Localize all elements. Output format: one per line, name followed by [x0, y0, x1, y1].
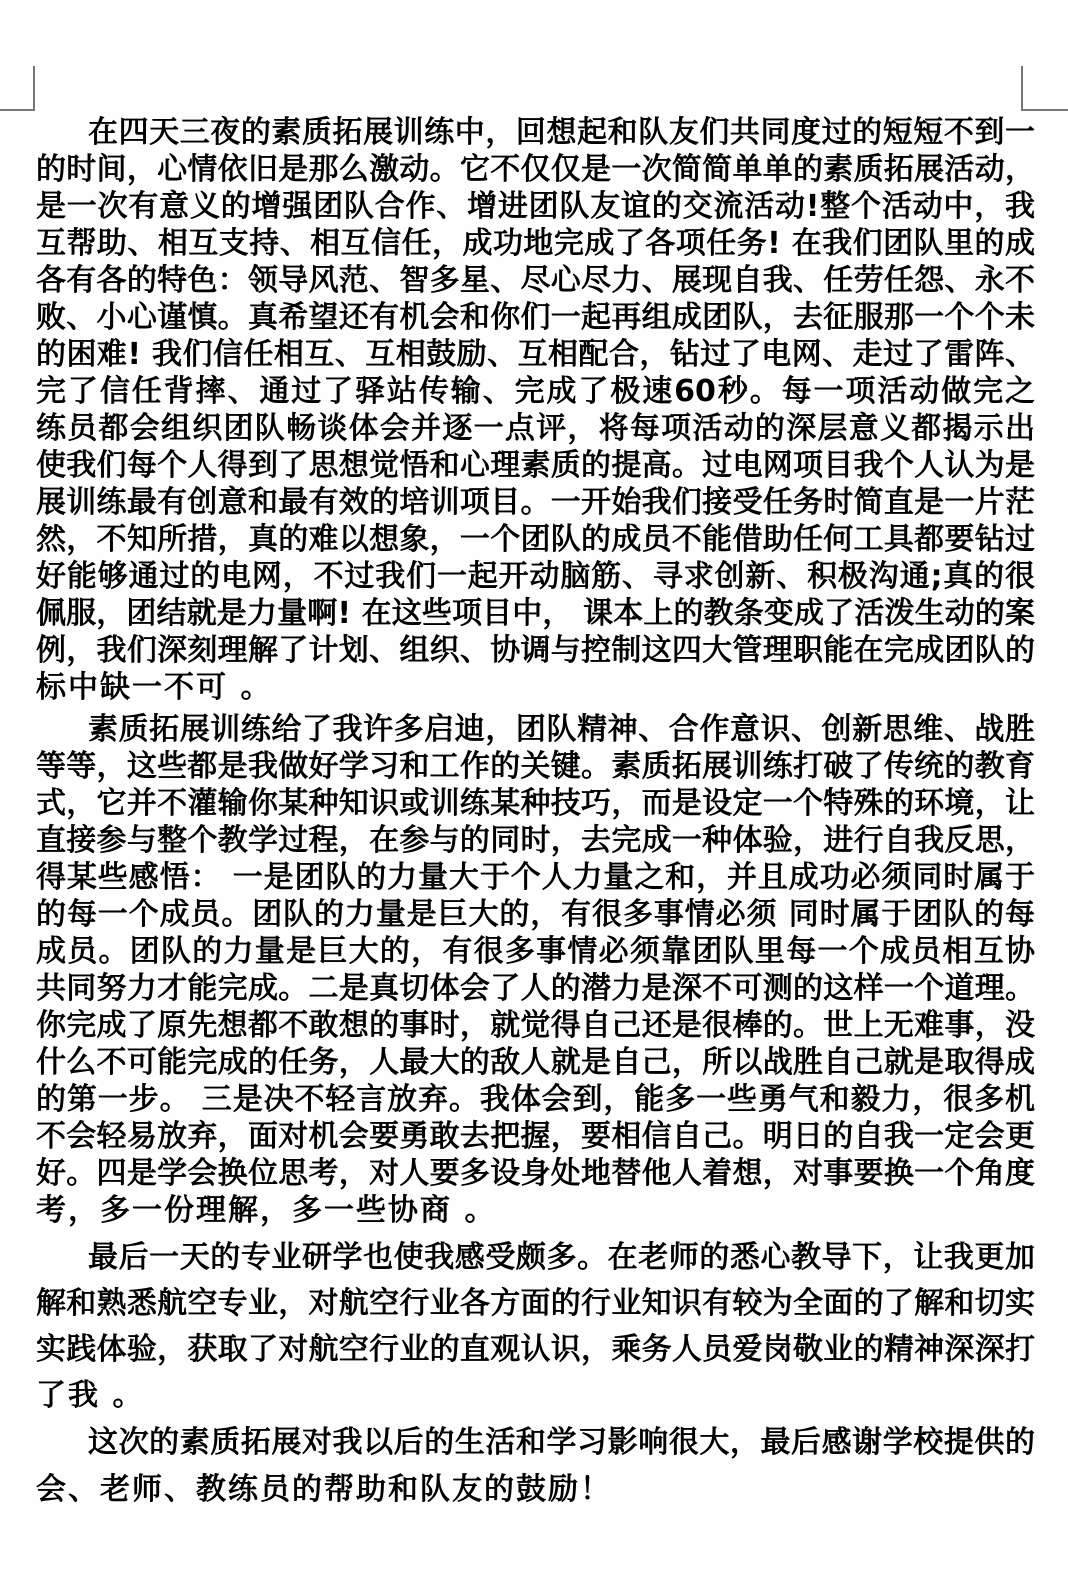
text-line: 佩服，团结就是力量啊! 在这些项目中， 课本上的教条变成了活泼生动的案: [36, 595, 1035, 632]
text-line: 的困难! 我们信任相互、互相鼓励、互相配合，钻过了电网、走过了雷阵、做: [36, 336, 1035, 373]
text-line: 完了信任背摔、通过了驿站传输、完成了极速60秒。每一项活动做完之后，教: [36, 373, 1035, 410]
text-line: 等等，这些都是我做好学习和工作的关键。素质拓展训练打破了传统的教育模: [36, 748, 1035, 785]
text-line: 在四天三夜的素质拓展训练中，回想起和队友们共同度过的短短不到一周: [36, 114, 1035, 151]
text-line: 会、老师、教练员的帮助和队友的鼓励！: [36, 1466, 1035, 1513]
text-line: 练员都会组织团队畅谈体会并逐一点评，将每项活动的深层意义都揭示出来，: [36, 410, 1035, 447]
text-line: 好。四是学会换位思考，对人要多设身处地替他人着想，对事要换一个角度思: [36, 1155, 1035, 1192]
text-line: 实践体验，获取了对航空行业的直观认识，乘务人员爱岗敬业的精神深深打动: [36, 1327, 1035, 1373]
text-line: 败、小心谨慎。真希望还有机会和你们一起再组成团队，去征服那一个个未知: [36, 299, 1035, 336]
text-line: 共同努力才能完成。二是真切体会了人的潜力是深不可测的这样一个道理。当: [36, 970, 1035, 1007]
text-line: 式，它并不灌输你某种知识或训练某种技巧，而是设定一个特殊的环境，让你: [36, 785, 1035, 822]
essay-body: 在四天三夜的素质拓展训练中，回想起和队友们共同度过的短短不到一周 的时间，心情依…: [36, 114, 1035, 1513]
text-line: 这次的素质拓展对我以后的生活和学习影响很大，最后感谢学校提供的机: [36, 1419, 1035, 1466]
text-line: 的时间，心情依旧是那么激动。它不仅仅是一次简简单单的素质拓展活动，更: [36, 151, 1035, 188]
text-line: 最后一天的专业研学也使我感受颇多。在老师的悉心教导下，让我更加了: [36, 1235, 1035, 1281]
text-line: 的第一步。 三是决不轻言放弃。我体会到，能多一些勇气和毅力，很多机会就: [36, 1081, 1035, 1118]
text-line: 解和熟悉航空专业，对航空行业各方面的行业知识有较为全面的了解和切实的: [36, 1281, 1035, 1327]
text-line: 成员。团队的力量是巨大的，有很多事情必须靠团队里每一个成员相互协作、: [36, 933, 1035, 970]
text-line: 你完成了原先想都不敢想的事时，就觉得自己还是很棒的。世上无难事，没有: [36, 1007, 1035, 1044]
text-line: 然，不知所措，真的难以想象，一个团队的成员不能借助任何工具都要钻过刚: [36, 521, 1035, 558]
text-line: 了我 。: [36, 1373, 1035, 1419]
text-line: 使我们每个人得到了思想觉悟和心理素质的提高。过电网项目我个人认为是拓: [36, 447, 1035, 484]
text-line: 各有各的特色：领导风范、智多星、尽心尽力、展现自我、任劳任怨、永不言: [36, 262, 1035, 299]
text-line: 标中缺一不可 。: [36, 669, 1035, 706]
text-line: 什么不可能完成的任务，人最大的敌人就是自己，所以战胜自己就是取得成功: [36, 1044, 1035, 1081]
text-line: 好能够通过的电网，不过我们一起开动脑筋、寻求创新、积极沟通;真的很让人: [36, 558, 1035, 595]
text-line: 的每一个成员。团队的力量是巨大的，有很多事情必须 同时属于团队的每一个: [36, 896, 1035, 933]
document-page: 在四天三夜的素质拓展训练中，回想起和队友们共同度过的短短不到一周 的时间，心情依…: [0, 0, 1068, 1571]
text-line: 是一次有意义的增强团队合作、增进团队友谊的交流活动!整个活动中，我们相: [36, 188, 1035, 225]
text-line: 得某些感悟： 一是团队的力量大于个人力量之和，并且成功必须同时属于团队: [36, 859, 1035, 896]
crop-mark-top-left-icon: [0, 66, 35, 111]
crop-mark-top-right-icon: [1021, 66, 1068, 111]
text-line: 考，多一份理解，多一些协商 。: [36, 1192, 1035, 1229]
text-line: 直接参与整个教学过程，在参与的同时，去完成一种体验，进行自我反思，获: [36, 822, 1035, 859]
text-line: 例，我们深刻理解了计划、组织、协调与控制这四大管理职能在完成团队的目: [36, 632, 1035, 669]
text-line: 展训练最有创意和最有效的培训项目。一开始我们接受任务时简直是一片茫: [36, 484, 1035, 521]
text-line: 素质拓展训练给了我许多启迪，团队精神、合作意识、创新思维、战胜自我: [36, 711, 1035, 748]
text-line: 不会轻易放弃，面对机会要勇敢去把握，要相信自己。明日的自我一定会更: [36, 1118, 1035, 1155]
text-line: 互帮助、相互支持、相互信任，成功地完成了各项任务! 在我们团队里的成员: [36, 225, 1035, 262]
